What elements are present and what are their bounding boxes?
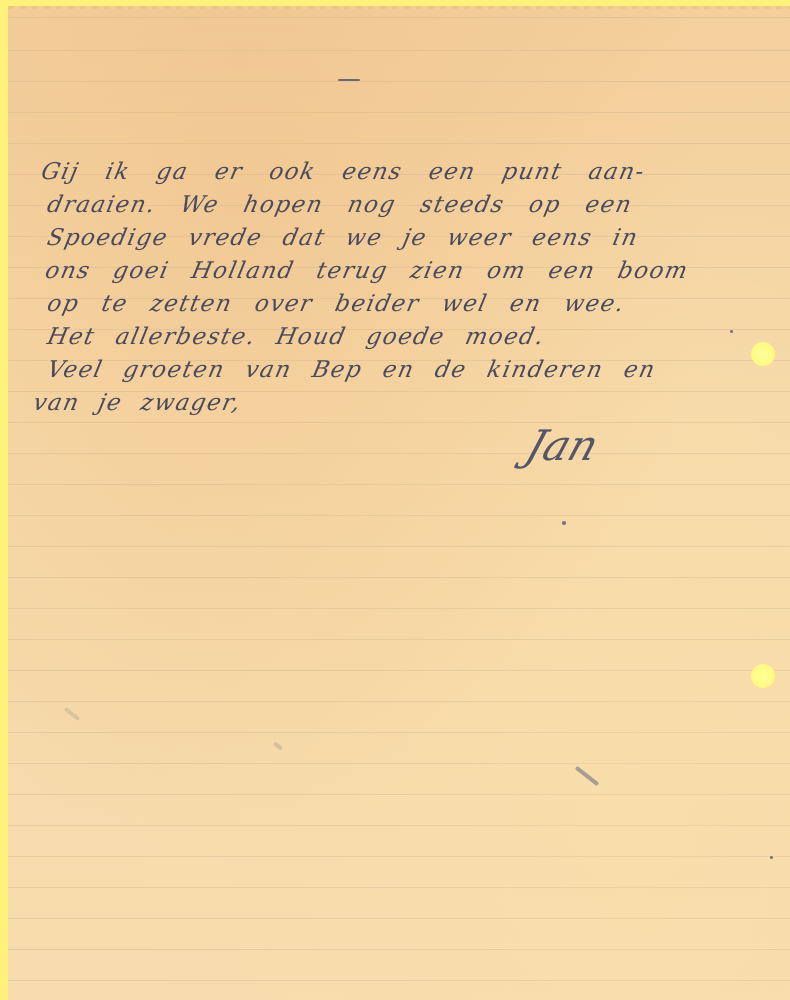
- hole-punch-lower: [751, 664, 775, 688]
- letter-line-7: Veel groeten van Bep en de kinderen en: [30, 354, 767, 387]
- signature: Jan: [520, 421, 605, 470]
- letter-body: Gij ik ga er ook eens een punt aan- draa…: [30, 156, 760, 420]
- ink-speck: [730, 330, 733, 333]
- pencil-smudge: [273, 741, 283, 750]
- ink-speck: [770, 856, 773, 859]
- letter-line-5: op te zetten over beider wel en wee.: [30, 288, 767, 321]
- letter-line-6: Het allerbeste. Houd goede moed.: [30, 321, 767, 354]
- pencil-smudge: [575, 766, 600, 786]
- ink-speck: [562, 521, 566, 525]
- pencil-smudge: [64, 707, 81, 721]
- page-top-dash-mark: [338, 79, 360, 81]
- letter-line-4: ons goei Holland terug zien om een boom: [30, 255, 767, 288]
- letter-line-8: van je zwager,: [30, 387, 767, 420]
- letter-page: Gij ik ga er ook eens een punt aan- draa…: [8, 6, 790, 1000]
- page-torn-edge: [8, 6, 790, 9]
- letter-line-1: Gij ik ga er ook eens een punt aan-: [30, 156, 767, 189]
- letter-line-3: Spoedige vrede dat we je weer eens in: [30, 222, 767, 255]
- letter-line-2: draaien. We hopen nog steeds op een: [30, 189, 767, 222]
